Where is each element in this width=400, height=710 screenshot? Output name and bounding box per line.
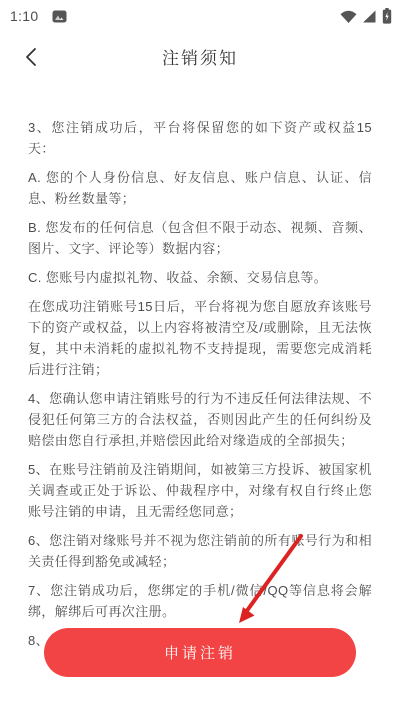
notice-paragraph: 7、您注销成功后，您绑定的手机/微信/QQ等信息将会解绑，解绑后可再次注册。	[28, 580, 372, 622]
notice-paragraph: 4、您确认您申请注销账号的行为不违反任何法律法规、不侵犯任何第三方的合法权益，否…	[28, 388, 372, 451]
notice-paragraph: 3、您注销成功后，平台将保留您的如下资产或权益15天：	[28, 117, 372, 159]
header: 注销须知	[0, 28, 400, 85]
notice-paragraph: C. 您账号内虚拟礼物、收益、余额、交易信息等。	[28, 267, 372, 288]
wifi-icon	[340, 10, 357, 23]
battery-charging-icon	[382, 8, 392, 24]
status-bar: 1:10	[0, 0, 400, 28]
status-time: 1:10	[10, 8, 38, 24]
photo-notification-icon	[52, 10, 67, 23]
cellular-signal-icon	[362, 10, 377, 23]
notice-paragraph: 在您成功注销账号15日后，平台将视为您自愿放弃该账号下的资产或权益，以上内容将被…	[28, 296, 372, 380]
notice-content: 3、您注销成功后，平台将保留您的如下资产或权益15天：A. 您的个人身份信息、好…	[0, 117, 400, 651]
back-button[interactable]	[18, 43, 46, 71]
page-title: 注销须知	[162, 44, 238, 69]
account-deletion-notice-screen: 1:10	[0, 0, 400, 710]
notice-paragraph: A. 您的个人身份信息、好友信息、账户信息、认证、信息、粉丝数量等；	[28, 167, 372, 209]
notice-paragraph: B. 您发布的任何信息（包含但不限于动态、视频、音频、图片、文字、评论等）数据内…	[28, 217, 372, 259]
notice-paragraph: 5、在账号注销前及注销期间，如被第三方投诉、被国家机关调查或正处于诉讼、仲裁程序…	[28, 459, 372, 522]
notice-paragraph: 6、您注销对缘账号并不视为您注销前的所有账号行为和相关责任得到豁免或减轻；	[28, 530, 372, 572]
apply-deletion-button[interactable]: 申请注销	[44, 628, 356, 677]
status-icons	[340, 8, 392, 24]
